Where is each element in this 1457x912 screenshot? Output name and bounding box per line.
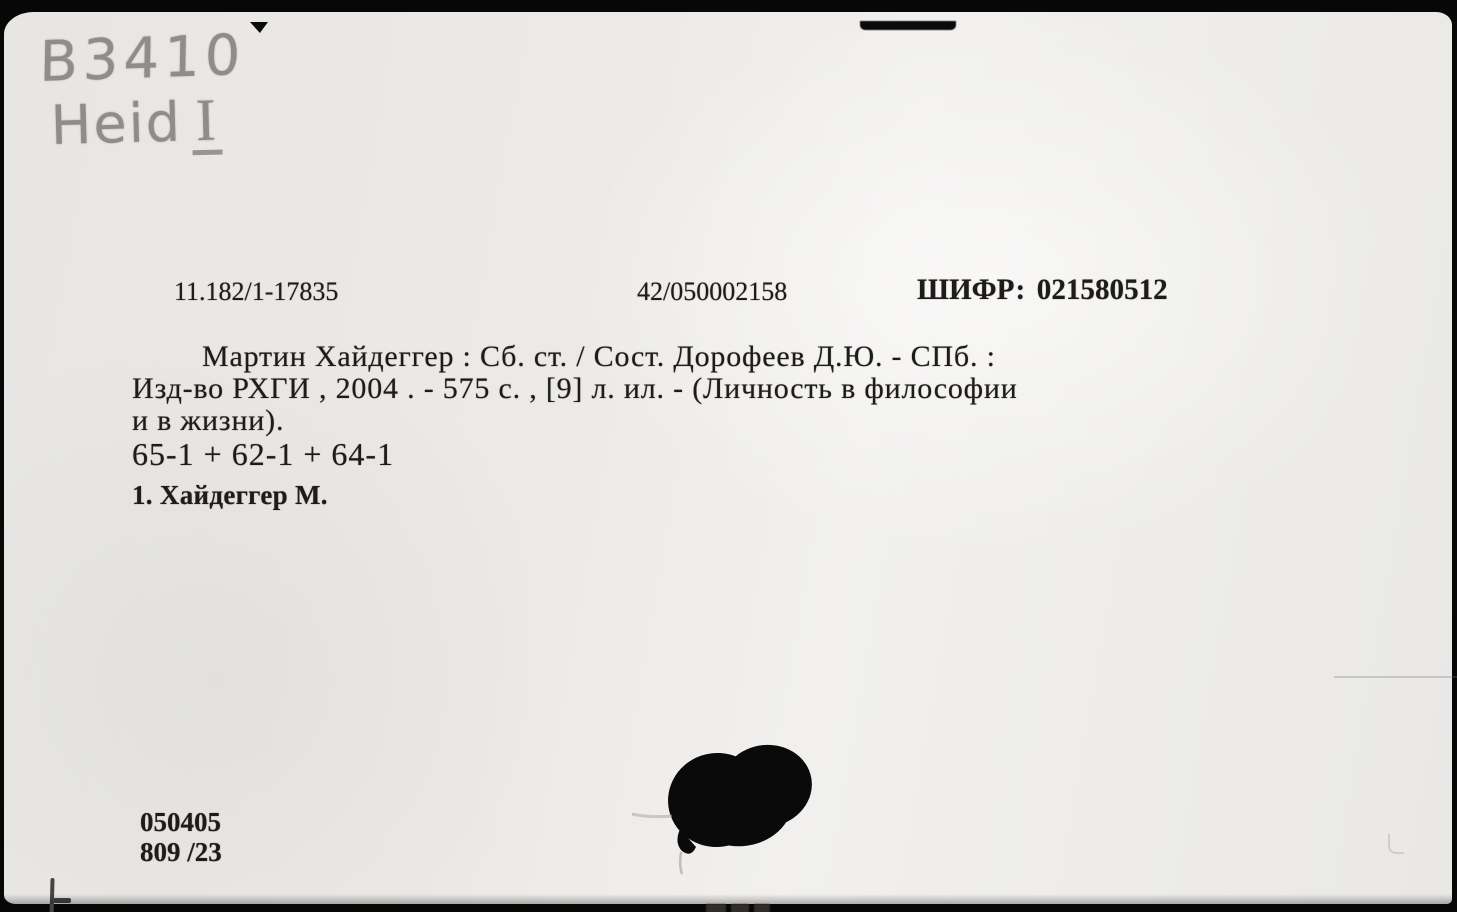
handwritten-volume-numeral: I <box>191 90 223 156</box>
classification-code: 809 /23 <box>140 837 222 867</box>
stamp-remnant-3 <box>754 904 770 912</box>
handwritten-cutter-line: HeidI <box>50 90 223 159</box>
stamp-remnant-2 <box>731 904 749 912</box>
top-edge-shadow <box>860 21 956 30</box>
footer-codes: 050405 809 /23 <box>140 807 222 867</box>
cipher-label: ШИФР: <box>917 273 1025 306</box>
catalog-card: B3410 HeidI 11.182/1-17835 42/050002158 … <box>4 12 1452 904</box>
order-number: 42/050002158 <box>637 277 787 307</box>
pencil-tick-mark-serif <box>53 898 71 903</box>
added-entry-heading: 1. Хайдеггер М. <box>132 480 328 511</box>
bibliography-line-3: и в жизни). <box>132 404 284 438</box>
top-edge-notch <box>250 22 268 33</box>
processing-date: 050405 <box>140 807 222 837</box>
ink-blot <box>624 734 834 884</box>
stamp-remnant-1 <box>706 904 726 912</box>
pencil-smudge <box>1388 834 1404 854</box>
bibliography-line-2: Изд-во РХГИ , 2004 . - 575 с. , [9] л. и… <box>132 372 1018 406</box>
holdings-formula: 65-1 + 62-1 + 64-1 <box>132 436 394 473</box>
cipher-number: 021580512 <box>1037 273 1168 306</box>
handwritten-shelf-code: B3410 <box>39 23 246 95</box>
cipher-field: ШИФР:021580512 <box>917 273 1168 307</box>
pencil-tick-mark <box>49 878 54 912</box>
bibliography-line-1: Мартин Хайдеггер : Сб. ст. / Сост. Дороф… <box>202 340 996 374</box>
handwritten-cutter-code: Heid <box>50 91 183 157</box>
scan-scratch-line <box>1334 676 1457 678</box>
scan-background: B3410 HeidI 11.182/1-17835 42/050002158 … <box>0 0 1457 912</box>
accession-number: 11.182/1-17835 <box>174 277 338 307</box>
